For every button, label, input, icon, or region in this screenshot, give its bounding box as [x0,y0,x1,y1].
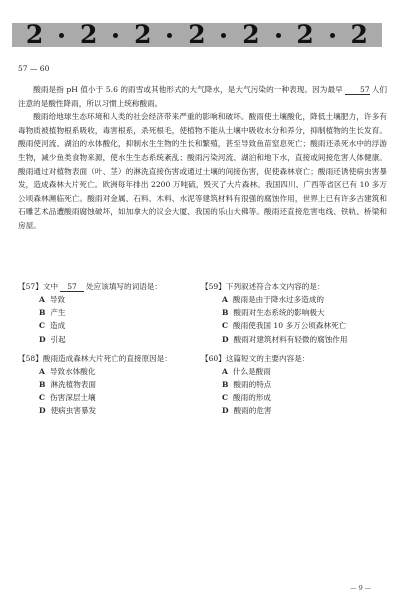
passage-paragraph: 酸雨是指 pH 值小于 5.6 的雨雪或其他形式的大气降水，是大气污染的一种表现… [18,83,387,110]
question-stem: 【58】酸雨造成森林大片死亡的直接原因是： [18,352,201,365]
option-letter: B [39,380,45,389]
option-letter: D [222,406,229,415]
stem-text: 处应该填写的词语是： [86,282,162,291]
option-c[interactable]: C酸雨使我国 10 多万公顷森林死亡 [201,319,390,332]
option-letter: C [222,321,228,330]
option-b[interactable]: B淋洗植物表面 [18,378,201,391]
section-banner: 2 2 2 2 2 2 2 [12,23,382,47]
option-letter: D [222,335,229,344]
page-number: — 9 — [350,584,371,592]
question-stem: 【59】下列叙述符合本文内容的是： [201,280,390,293]
option-text: 酸雨对生态系统的影响极大 [233,308,324,317]
option-text: 产生 [50,308,65,317]
option-text: 伤害深层土壤 [50,393,96,402]
option-letter: C [222,393,228,402]
option-b[interactable]: B酸雨对生态系统的影响极大 [201,306,390,319]
option-letter: C [39,321,45,330]
option-c[interactable]: C伤害深层土壤 [18,391,201,404]
option-d[interactable]: D使病虫害暴发 [18,404,201,417]
option-d[interactable]: D酸雨的危害 [201,404,390,417]
bullet-dot-icon [276,33,281,38]
question-grid: 【57】文中57处应该填写的词语是： A导致 B产生 C造成 D引起 【59】下… [18,280,390,418]
paragraph-text: 酸雨是指 pH 值小于 5.6 的雨雪或其他形式的大气降水，是大气污染的一种表现… [33,85,343,94]
option-text: 引起 [51,335,66,344]
option-a[interactable]: A酸雨是由于降水过多造成的 [201,293,390,306]
option-letter: D [39,335,46,344]
option-text: 造成 [50,321,65,330]
fill-in-blank: 57 [345,85,370,95]
option-text: 酸雨的形成 [233,393,271,402]
stem-text: 下列叙述符合本文内容的是： [226,282,325,291]
option-text: 酸雨是由于降水过多造成的 [233,295,324,304]
option-a[interactable]: A导致 [18,293,201,306]
option-text: 酸雨的危害 [234,406,272,415]
question-58: 【58】酸雨造成森林大片死亡的直接原因是： A导致水体酸化 B淋洗植物表面 C伤… [18,352,201,418]
option-text: 导致 [50,295,65,304]
banner-digit: 2 [350,23,367,47]
option-letter: B [222,380,228,389]
bullet-dot-icon [221,33,226,38]
stem-text: 这篇短文的主要内容是： [226,354,310,363]
option-text: 淋洗植物表面 [50,380,96,389]
option-text: 导致水体酸化 [50,367,96,376]
banner-digit: 2 [296,23,313,47]
question-60: 【60】这篇短文的主要内容是： A什么是酸雨 B酸雨的特点 C酸雨的形成 D酸雨… [201,352,390,418]
option-text: 酸雨使我国 10 多万公顷森林死亡 [233,321,346,330]
option-text: 什么是酸雨 [233,367,271,376]
question-number: 【59】 [201,282,226,291]
question-number: 【57】 [18,282,43,291]
question-59: 【59】下列叙述符合本文内容的是： A酸雨是由于降水过多造成的 B酸雨对生态系统… [201,280,390,346]
banner-digit: 2 [188,23,205,47]
option-letter: A [39,295,45,304]
option-text: 酸雨对建筑材料有轻微的腐蚀作用 [234,335,348,344]
option-text: 酸雨的特点 [233,380,271,389]
banner-digit: 2 [242,23,259,47]
stem-text: 酸雨造成森林大片死亡的直接原因是： [43,354,172,363]
banner-digit: 2 [26,23,43,47]
option-text: 使病虫害暴发 [51,406,97,415]
option-a[interactable]: A什么是酸雨 [201,365,390,378]
question-number: 【58】 [18,354,43,363]
option-c[interactable]: C酸雨的形成 [201,391,390,404]
option-b[interactable]: B产生 [18,306,201,319]
bullet-dot-icon [59,33,64,38]
passage-paragraph: 酸雨给地球生态环境和人类的社会经济带来严重的影响和破坏。酸雨使土壤酸化，降低土壤… [18,110,387,232]
banner-digit: 2 [80,23,97,47]
option-letter: A [222,295,228,304]
question-number: 【60】 [201,354,226,363]
question-stem: 【60】这篇短文的主要内容是： [201,352,390,365]
question-stem: 【57】文中57处应该填写的词语是： [18,280,201,293]
option-letter: A [39,367,45,376]
option-letter: D [39,406,46,415]
option-a[interactable]: A导致水体酸化 [18,365,201,378]
option-b[interactable]: B酸雨的特点 [201,378,390,391]
option-letter: B [222,308,228,317]
bullet-dot-icon [167,33,172,38]
question-57: 【57】文中57处应该填写的词语是： A导致 B产生 C造成 D引起 [18,280,201,346]
bullet-dot-icon [113,33,118,38]
option-letter: C [39,393,45,402]
question-range: 57 — 60 [18,64,49,73]
fill-in-blank: 57 [60,282,84,292]
option-c[interactable]: C造成 [18,319,201,332]
option-letter: A [222,367,228,376]
stem-text: 文中 [43,282,58,291]
banner-digit: 2 [134,23,151,47]
option-d[interactable]: D酸雨对建筑材料有轻微的腐蚀作用 [201,333,390,346]
option-letter: B [39,308,45,317]
bullet-dot-icon [330,33,335,38]
reading-passage: 酸雨是指 pH 值小于 5.6 的雨雪或其他形式的大气降水，是大气污染的一种表现… [18,83,387,233]
option-d[interactable]: D引起 [18,333,201,346]
